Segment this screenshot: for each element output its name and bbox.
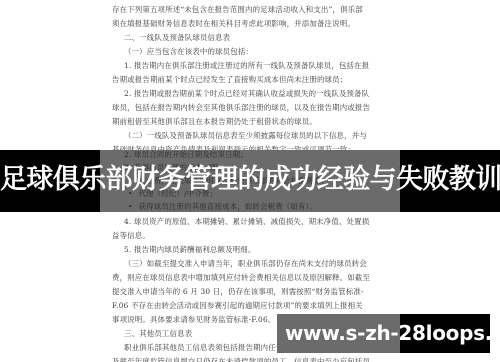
watermark-url: www.s-zh-28loops.com	[285, 320, 500, 346]
doc-line: 告期或报告期前某个时点已经发生了直接购买成本但尚未注册的球员；	[112, 75, 347, 84]
doc-line: （二）一线队及预备队球员信息表至少须披露每位球员的以下信息，并与	[124, 131, 367, 140]
doc-line: 及截至年度监管信息提交日仍存在未清偿款项的员工，信息表中至少应包括员	[112, 357, 370, 362]
page-title: 足球俱乐部财务管理的成功经验与失败教训深度剖析	[0, 163, 500, 197]
doc-line: 须在填报基础财务信息表时在相关科目考虑此项影响，并添加备注说明。	[112, 19, 355, 28]
doc-line: 1. 报告期内在俱乐部注册或注册过的所有一线队及预备队球员，包括在报	[124, 61, 369, 70]
doc-line: 益等信息。	[112, 231, 150, 240]
doc-line: 事项说明。具体要求请参见财务监管标准-F.06。	[112, 315, 275, 324]
doc-line: 提交准入申请当年的 6 月 30 日，仍存在该事项，则需按照“财务监管标准-	[112, 287, 364, 296]
doc-line: 4. 球员资产的原值、本期摊销、累计摊销、减值损失、期末净值、处置损	[124, 217, 369, 226]
doc-line: 5. 报告期内球员薪酬福利总额及明细。	[124, 245, 255, 254]
doc-section-heading: 三、其他员工信息表	[124, 329, 192, 338]
doc-line: 期前租借至其他俱乐部且在本报告期仍处于租借状态的球员。	[112, 117, 317, 126]
doc-line: F.06 不存在由转会活动或因参赛引起的逾期应付款项”的要求填列上报相关	[112, 301, 363, 310]
doc-section-heading: 二、一线队及预备队球员信息表	[124, 33, 230, 42]
doc-line: 球员，包括在报告期内转会至其他俱乐部注册的球员，以及在报告期内或报告	[112, 103, 370, 112]
doc-line: （三）如截至提交准入申请当年，职业俱乐部仍存在尚未支付的球员转会	[124, 259, 367, 268]
doc-line: （一）应当包含在该表中的球员包括：	[124, 47, 253, 56]
doc-bullet-line: 获得球员注册的其他直接成本，如转会税费（如有）。	[128, 202, 317, 211]
doc-line: 费，则应在球员信息表中增加填列应付转会费相关信息以及原因解释。如截至	[112, 273, 370, 282]
doc-line: 存在下列第五项所述“未包含在报告范围内的足球活动收入和支出”，俱乐部	[112, 5, 363, 14]
doc-line: 2. 球员合同的开始日期及结束日期；	[124, 150, 248, 159]
doc-line: 2. 报告期或报告期前某个时点已经对其确认收益或损失的一线队及预备队	[124, 89, 369, 98]
